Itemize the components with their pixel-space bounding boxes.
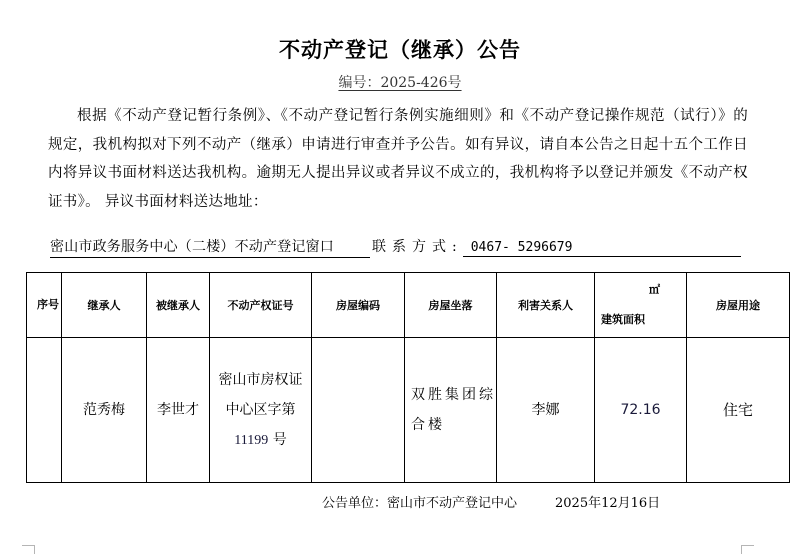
cell-cert-no: 密山市房权证 中心区字第 11199 号 (210, 338, 312, 483)
cell-house-code (312, 338, 405, 483)
header-cert-no: 不动产权证号 (210, 273, 312, 338)
page-corner-mark-right (741, 545, 754, 554)
cell-seq (27, 338, 62, 483)
header-seq: 序号 (27, 273, 62, 338)
cert-no-line1: 密山市房权证 (210, 365, 311, 395)
cell-usage: 住宅 (687, 338, 790, 483)
header-area: ㎡ 建筑面积 (595, 273, 687, 338)
cert-no-suffix: 号 (273, 432, 287, 448)
notice-footer: 公告单位：密山市不动产登记中心2025年12月16日 (322, 492, 660, 511)
header-house-code: 房屋编码 (312, 273, 405, 338)
table-header-row: 序号 继承人 被继承人 不动产权证号 房屋编码 房屋坐落 利害关系人 ㎡ 建筑面… (27, 273, 790, 338)
cert-no-line3: 11199 号 (210, 425, 311, 456)
notice-body-paragraph: 根据《不动产登记暂行条例》、《不动产登记暂行条例实施细则》和《不动产登记操作规范… (48, 102, 748, 216)
notice-title: 不动产登记（继承）公告 (0, 34, 800, 64)
area-label: 建筑面积 (601, 311, 645, 327)
cell-house-location: 双胜集团综 合楼 (405, 338, 497, 483)
document-number: 编号：2025-426号 (0, 72, 800, 92)
issue-date: 2025年12月16日 (555, 496, 660, 511)
document-number-text: 编号：2025-426号 (336, 75, 463, 91)
header-usage: 房屋用途 (687, 273, 790, 338)
contact-label: 联系方式: (372, 239, 463, 255)
header-house-location: 房屋坐落 (405, 273, 497, 338)
house-location-line1: 双胜集团综 (411, 380, 496, 410)
contact-phone: 0467- 5296679 (463, 240, 741, 257)
cell-interested-party: 李娜 (497, 338, 595, 483)
header-heir: 继承人 (62, 273, 147, 338)
issuer: 公告单位：密山市不动产登记中心 (322, 496, 517, 511)
header-decedent: 被继承人 (147, 273, 210, 338)
objection-address: 密山市政务服务中心（二楼）不动产登记窗口 (50, 236, 370, 258)
table-row: 范秀梅 李世才 密山市房权证 中心区字第 11199 号 双胜集团综 合楼 李娜… (27, 338, 790, 483)
cert-no-line2: 中心区字第 (210, 395, 311, 425)
header-interested-party: 利害关系人 (497, 273, 595, 338)
cell-heir: 范秀梅 (62, 338, 147, 483)
page-corner-mark-left (22, 545, 35, 554)
cell-decedent: 李世才 (147, 338, 210, 483)
objection-address-line: 密山市政务服务中心（二楼）不动产登记窗口联系方式:0467- 5296679 (50, 236, 741, 258)
cell-area: 72.16 (595, 338, 687, 483)
house-location-line2: 合楼 (411, 410, 496, 440)
inheritance-registration-table: 序号 继承人 被继承人 不动产权证号 房屋编码 房屋坐落 利害关系人 ㎡ 建筑面… (26, 272, 790, 483)
area-unit: ㎡ (649, 281, 660, 297)
cert-no-number: 11199 (234, 433, 268, 448)
